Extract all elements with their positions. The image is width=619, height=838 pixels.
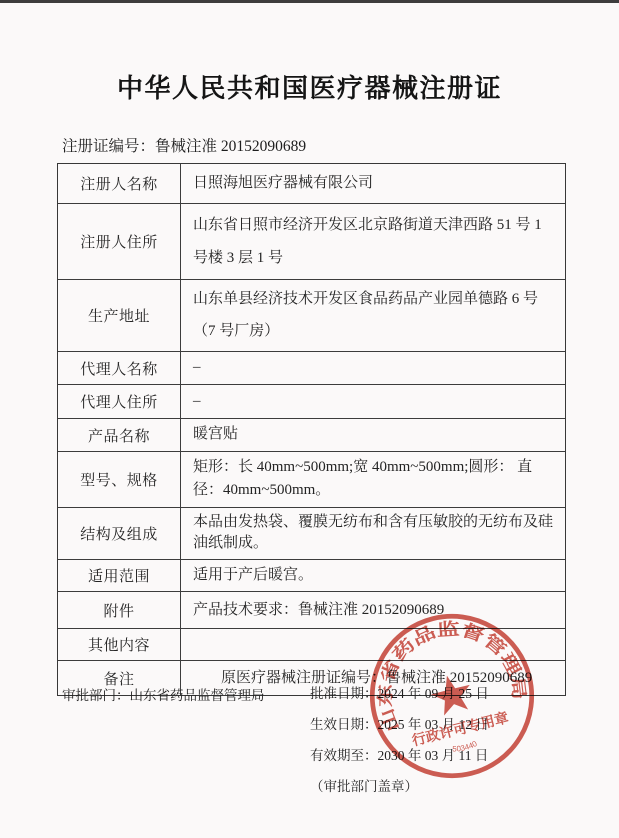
valid-until-line: 有效期至：2030 年 03 月 11 日	[310, 744, 489, 764]
row-value: 日照海旭医疗器械有限公司	[181, 164, 565, 203]
table-row-attachment: 附件 产品技术要求：鲁械注准 20152090689	[58, 591, 565, 628]
table-row-model-spec: 型号、规格 矩形：长 40mm~500mm;宽 40mm~500mm;圆形： 直…	[58, 451, 565, 507]
row-value	[181, 629, 565, 660]
cert-number-value: 鲁械注准 20152090689	[155, 138, 306, 155]
table-row-agent-name: 代理人名称 –	[58, 351, 565, 384]
effective-date-line: 生效日期：2025 年 03 月 12 日	[310, 713, 489, 733]
table-row-structure-composition: 结构及组成 本品由发热袋、覆膜无纺布和含有压敏胶的无纺布及硅油纸制成。	[58, 507, 565, 560]
approval-date-value: 2024 年 09 月 25 日	[378, 686, 489, 701]
cert-number-label: 注册证编号：	[62, 138, 155, 155]
row-value: –	[181, 385, 565, 418]
page-title: 中华人民共和国医疗器械注册证	[0, 68, 619, 105]
table-row-agent-address: 代理人住所 –	[58, 384, 565, 418]
row-label: 其他内容	[58, 629, 181, 660]
row-value: 山东单县经济技术开发区食品药品产业园单德路 6 号（7 号厂房）	[181, 280, 565, 351]
approval-dates-block: 批准日期：2024 年 09 月 25 日 生效日期：2025 年 03 月 1…	[310, 682, 489, 806]
row-label: 型号、规格	[58, 452, 181, 507]
row-label: 适用范围	[58, 560, 181, 591]
certificate-page: 中华人民共和国医疗器械注册证 注册证编号：鲁械注准 20152090689 注册…	[0, 0, 619, 838]
row-label: 生产地址	[58, 280, 181, 351]
row-value: 暖宫贴	[181, 419, 565, 451]
row-label: 注册人名称	[58, 164, 181, 203]
row-label: 代理人名称	[58, 352, 181, 384]
row-value: 产品技术要求：鲁械注准 20152090689	[181, 592, 565, 628]
valid-until-label: 有效期至：	[310, 748, 378, 763]
row-label: 产品名称	[58, 419, 181, 451]
row-value: –	[181, 352, 565, 384]
table-row-other-content: 其他内容	[58, 628, 565, 660]
row-value: 矩形：长 40mm~500mm;宽 40mm~500mm;圆形： 直径：40mm…	[181, 452, 565, 507]
approval-department-value: 山东省药品监督管理局	[130, 688, 265, 703]
table-row-registrant-name: 注册人名称 日照海旭医疗器械有限公司	[58, 164, 565, 203]
approval-department-label: 审批部门：	[62, 688, 130, 703]
cert-number-line: 注册证编号：鲁械注准 20152090689	[62, 134, 306, 156]
row-label: 附件	[58, 592, 181, 628]
row-value: 本品由发热袋、覆膜无纺布和含有压敏胶的无纺布及硅油纸制成。	[181, 508, 565, 560]
table-row-production-address: 生产地址 山东单县经济技术开发区食品药品产业园单德路 6 号（7 号厂房）	[58, 279, 565, 351]
approval-department-line: 审批部门：山东省药品监督管理局	[62, 684, 265, 704]
scan-artifact-top-edge	[0, 0, 619, 3]
registration-table: 注册人名称 日照海旭医疗器械有限公司 注册人住所 山东省日照市经济开发区北京路街…	[57, 163, 566, 696]
table-row-scope-of-use: 适用范围 适用于产后暖宫。	[58, 559, 565, 591]
valid-until-value: 2030 年 03 月 11 日	[378, 748, 489, 763]
table-row-product-name: 产品名称 暖宫贴	[58, 418, 565, 451]
row-label: 结构及组成	[58, 508, 181, 560]
approval-date-label: 批准日期：	[310, 686, 378, 701]
effective-date-value: 2025 年 03 月 12 日	[378, 717, 489, 732]
row-label: 注册人住所	[58, 204, 181, 279]
row-value: 适用于产后暖宫。	[181, 560, 565, 591]
row-label: 代理人住所	[58, 385, 181, 418]
approval-date-line: 批准日期：2024 年 09 月 25 日	[310, 682, 489, 702]
table-row-registrant-address: 注册人住所 山东省日照市经济开发区北京路街道天津西路 51 号 1 号楼 3 层…	[58, 203, 565, 279]
seal-note-line: （审批部门盖章）	[310, 775, 489, 795]
row-value: 山东省日照市经济开发区北京路街道天津西路 51 号 1 号楼 3 层 1 号	[181, 204, 565, 279]
effective-date-label: 生效日期：	[310, 717, 378, 732]
